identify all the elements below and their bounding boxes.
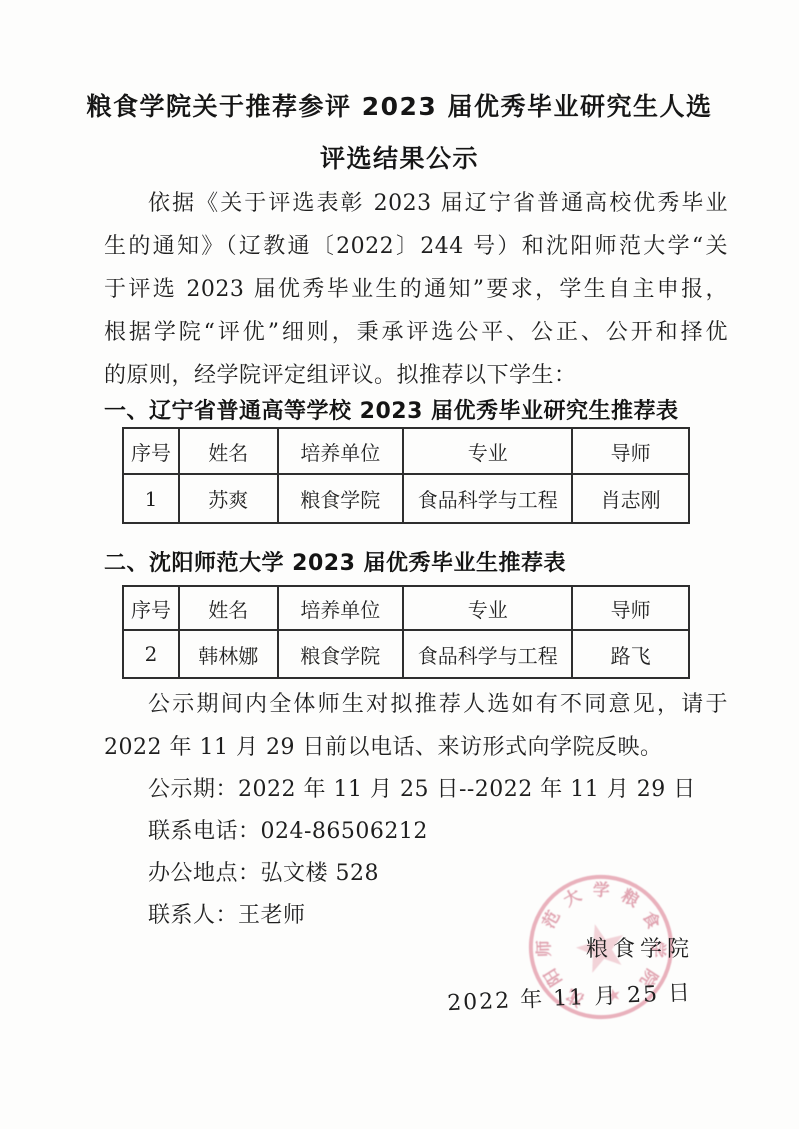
- paragraph-line: 2022 年 11 月 29 日前以电话、来访形式向学院反映。: [104, 726, 728, 769]
- intro-paragraph: 依据《关于评选表彰 2023 届辽宁省普通高校优秀毕业 生的通知》（辽教通〔20…: [104, 182, 728, 397]
- col-header-advisor: 导师: [572, 586, 689, 630]
- page-content: 粮食学院关于推荐参评 2023 届优秀毕业研究生人选 评选结果公示 依据《关于评…: [0, 0, 799, 1013]
- col-header-major: 专业: [403, 428, 572, 474]
- table-row: 1 苏爽 粮食学院 食品科学与工程 肖志刚: [123, 474, 689, 523]
- col-header-index: 序号: [123, 428, 179, 474]
- table-header-row: 序号 姓名 培养单位 专业 导师: [123, 428, 689, 474]
- col-header-major: 专业: [403, 586, 572, 630]
- paragraph-line: 的原则，经学院评定组评议。拟推荐以下学生：: [104, 354, 728, 397]
- contact-phone-line: 联系电话：024-86506212: [104, 811, 728, 853]
- notice-period-line: 公示期：2022 年 11 月 25 日--2022 年 11 月 29 日: [104, 769, 728, 811]
- signature: 粮食学院: [104, 929, 728, 971]
- cell-index: 1: [123, 474, 179, 523]
- scanned-notice-page: 粮食学院关于推荐参评 2023 届优秀毕业研究生人选 评选结果公示 依据《关于评…: [0, 0, 799, 1129]
- title-line-1: 粮食学院关于推荐参评 2023 届优秀毕业研究生人选: [0, 84, 799, 130]
- recommendation-table-2: 序号 姓名 培养单位 专业 导师 2 韩林娜 粮食学院 食品科学与工程 路飞: [122, 585, 690, 679]
- section-2-heading: 二、沈阳师范大学 2023 届优秀毕业生推荐表: [104, 549, 728, 579]
- paragraph-line: 根据学院“评优”细则，秉承评选公平、公正、公开和择优: [104, 311, 728, 354]
- col-header-name: 姓名: [179, 586, 277, 630]
- cell-name: 韩林娜: [179, 630, 277, 678]
- paragraph-line: 生的通知》（辽教通〔2022〕244 号）和沈阳师范大学“关: [104, 225, 728, 268]
- col-header-unit: 培养单位: [278, 428, 404, 474]
- cell-advisor: 肖志刚: [572, 474, 689, 523]
- table-header-row: 序号 姓名 培养单位 专业 导师: [123, 586, 689, 630]
- recommendation-table-1: 序号 姓名 培养单位 专业 导师 1 苏爽 粮食学院 食品科学与工程 肖志刚: [122, 427, 690, 524]
- col-header-name: 姓名: [179, 428, 277, 474]
- cell-unit: 粮食学院: [278, 474, 404, 523]
- col-header-unit: 培养单位: [278, 586, 404, 630]
- paragraph-line: 依据《关于评选表彰 2023 届辽宁省普通高校优秀毕业: [104, 182, 728, 225]
- cell-advisor: 路飞: [572, 630, 689, 678]
- objection-paragraph: 公示期间内全体师生对拟推荐人选如有不同意见，请于 2022 年 11 月 29 …: [104, 683, 728, 769]
- cell-major: 食品科学与工程: [403, 474, 572, 523]
- cell-unit: 粮食学院: [278, 630, 404, 678]
- col-header-index: 序号: [123, 586, 179, 630]
- cell-name: 苏爽: [179, 474, 277, 523]
- document-title: 粮食学院关于推荐参评 2023 届优秀毕业研究生人选 评选结果公示: [0, 84, 799, 182]
- title-line-2: 评选结果公示: [0, 136, 799, 182]
- cell-major: 食品科学与工程: [403, 630, 572, 678]
- paragraph-line: 于评选 2023 届优秀毕业生的通知”要求，学生自主申报，: [104, 268, 728, 311]
- date-line: 2022 年 11 月 25 日: [104, 971, 729, 1040]
- paragraph-line: 公示期间内全体师生对拟推荐人选如有不同意见，请于: [104, 683, 728, 726]
- section-1-heading: 一、辽宁省普通高等学校 2023 届优秀毕业研究生推荐表: [104, 397, 728, 427]
- table-row: 2 韩林娜 粮食学院 食品科学与工程 路飞: [123, 630, 689, 678]
- cell-index: 2: [123, 630, 179, 678]
- col-header-advisor: 导师: [572, 428, 689, 474]
- office-location-line: 办公地点：弘文楼 528: [104, 853, 728, 895]
